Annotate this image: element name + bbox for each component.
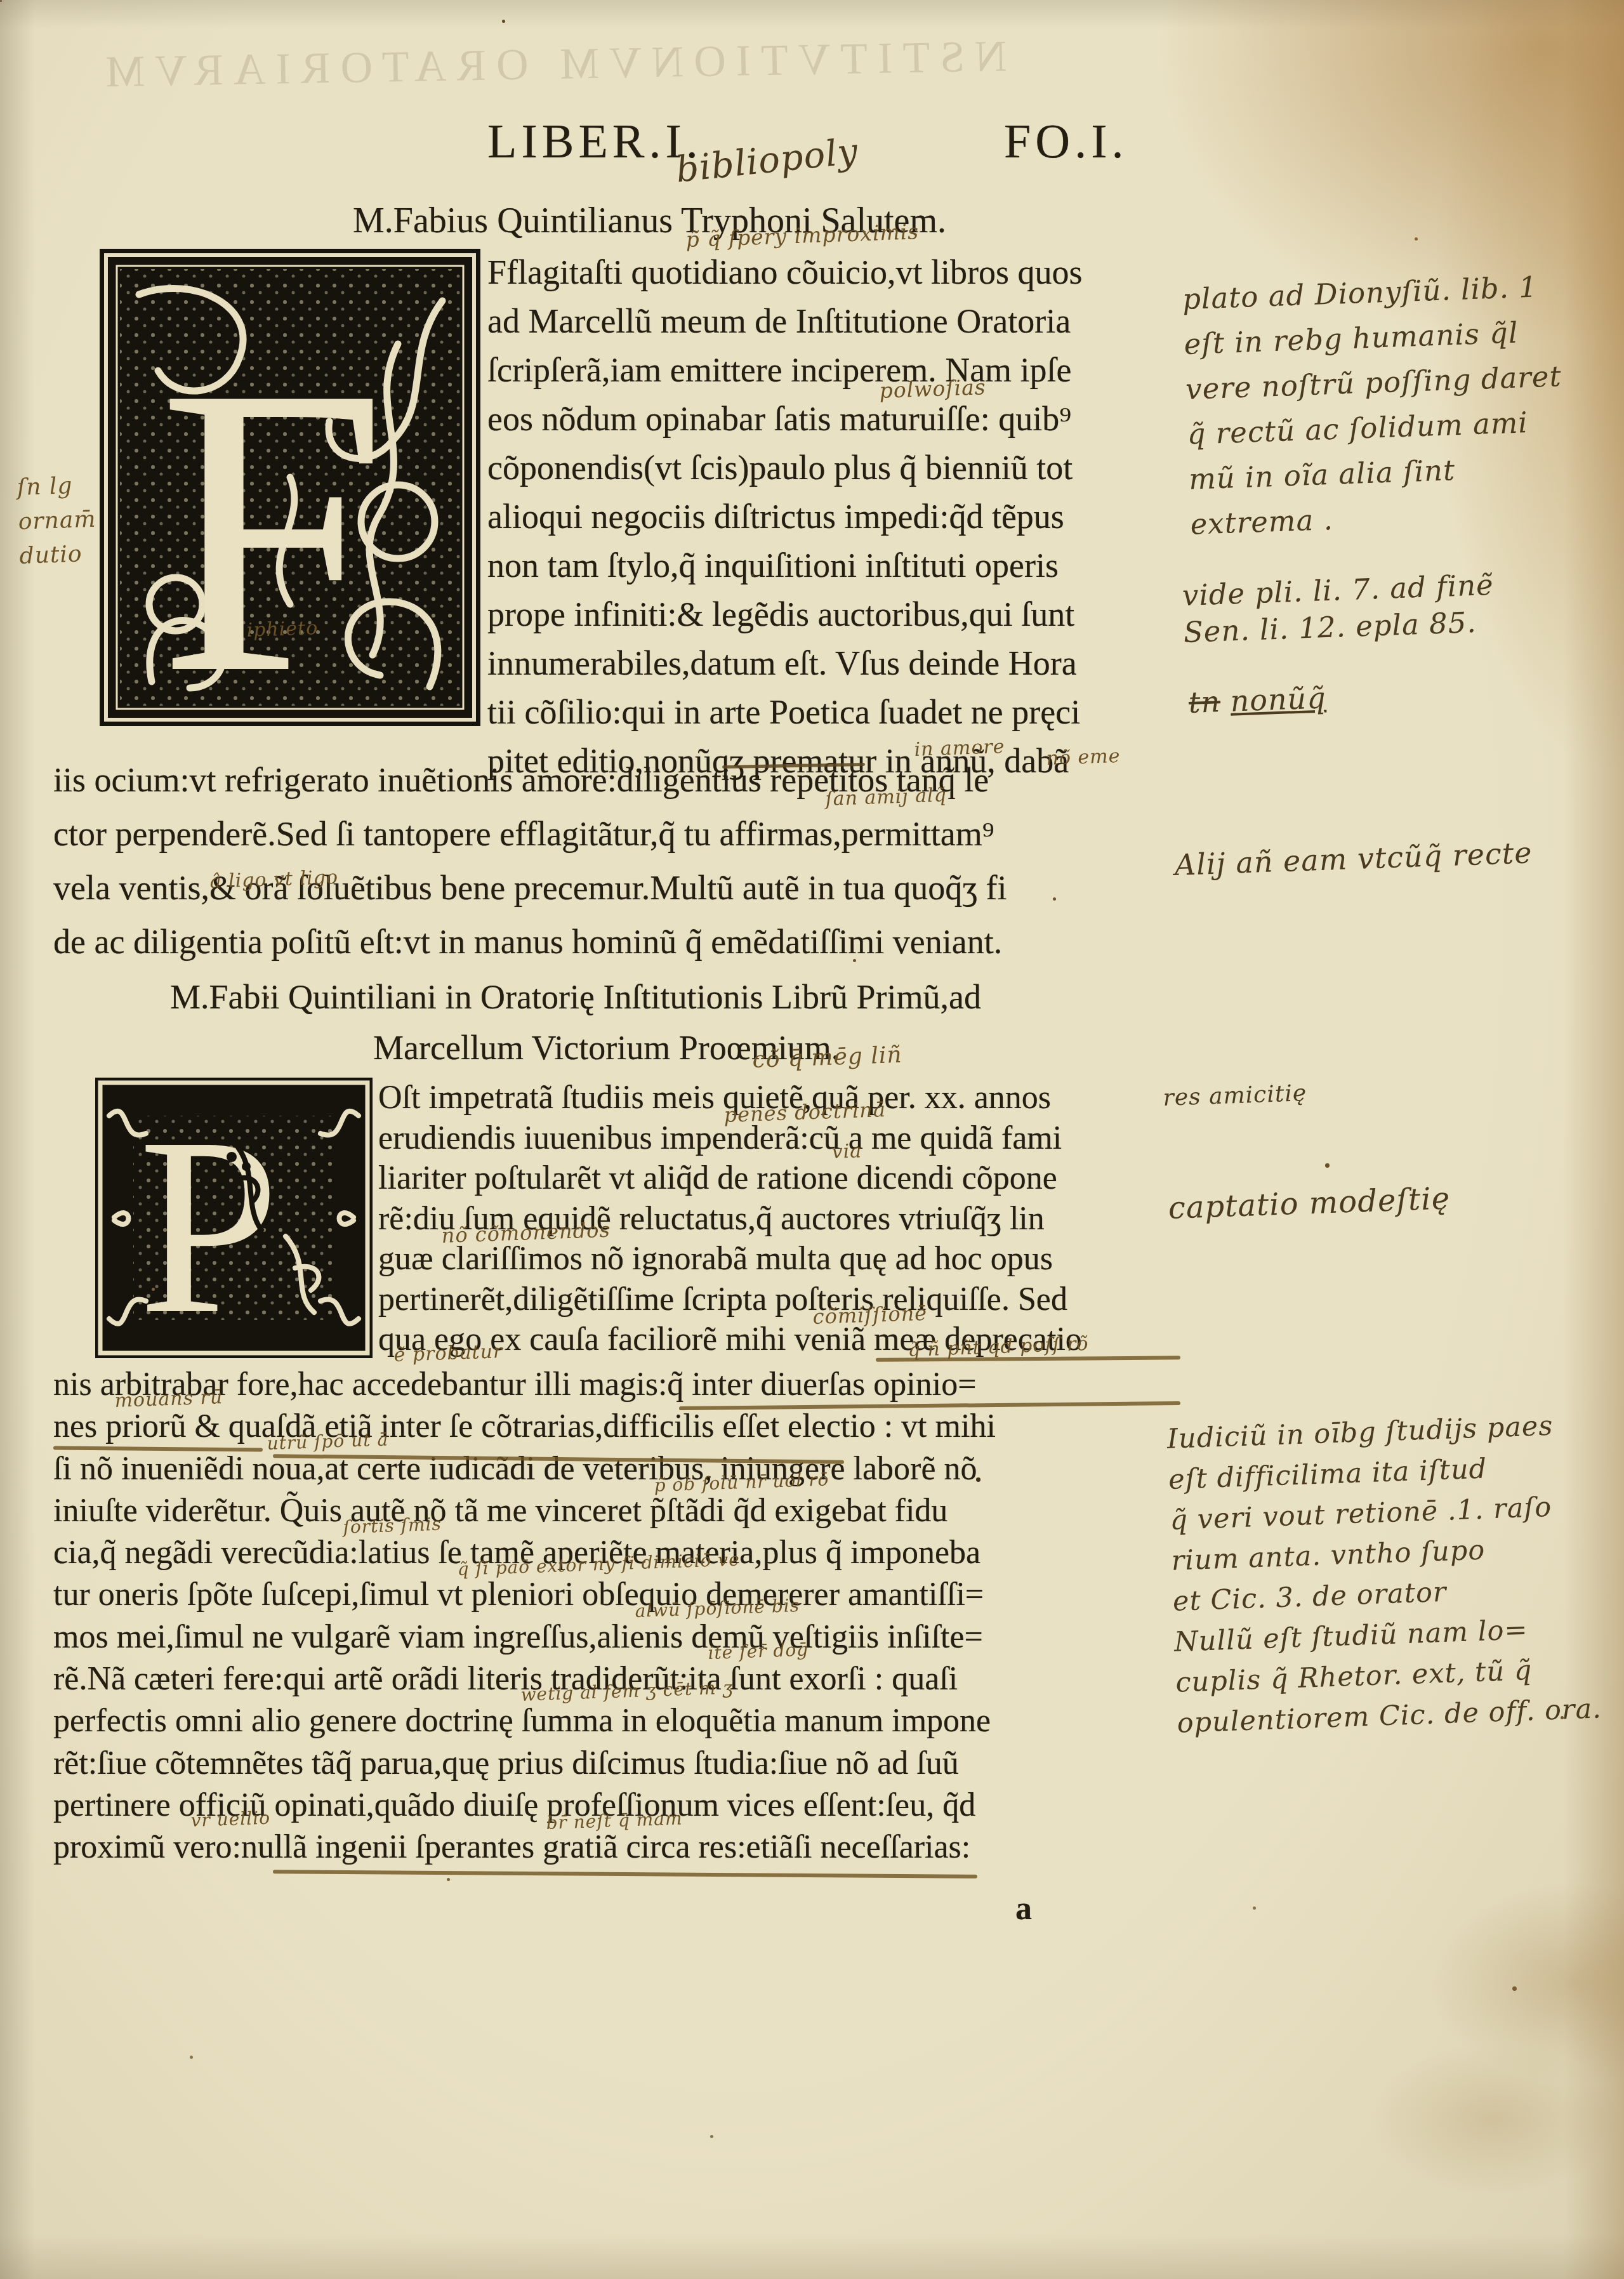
- showthrough-text: NSTITVTIONVM ORATORIARVM: [95, 31, 1007, 98]
- woodcut-initial-P: P: [95, 1078, 373, 1358]
- interlinear-gloss: nõ eme: [1046, 745, 1121, 770]
- margin-note-fragment: res amicitię: [1163, 1080, 1307, 1111]
- interlinear-gloss: mouans rū: [114, 1386, 223, 1412]
- margin-note-left: ſn lg ornam̄ dutio: [17, 468, 98, 574]
- interlinear-gloss: ite ſer̄ doḡ: [708, 1639, 809, 1663]
- margin-note-plato: plato ad Dionyſiũ. lib. 1 eſt in rebg hu…: [1182, 263, 1567, 546]
- text-line: pertinerẽt,diligẽtiſſime ſcripta poſteri…: [378, 1281, 1082, 1321]
- text-line: vela ventis,& orã ſoluẽtibus bene precem…: [53, 868, 1007, 922]
- interlinear-gloss: â ligo vt ligo: [209, 866, 339, 893]
- running-title: LIBER.I.: [487, 114, 703, 169]
- interlinear-gloss: cõmiſſionē: [812, 1301, 928, 1329]
- margin-note-alij: Alij añ eam vtcũq̃ recte: [1174, 835, 1533, 882]
- text-line: proximũ vero:nullã ingenii ſperantes gra…: [53, 1828, 996, 1870]
- interlinear-gloss: via: [831, 1140, 862, 1163]
- margin-note-iudicium: Iudiciũ in oībg ſtudijs paes eſt diffici…: [1166, 1404, 1602, 1744]
- text-line: prope infiniti:& legẽdis auctoribus,qui …: [487, 595, 1082, 644]
- signature-mark: a: [1015, 1890, 1032, 1927]
- interlinear-gloss: ſortis ſmis: [343, 1514, 442, 1538]
- text-line: nes priorũ & quaſdã etiã inter ſe cõtrar…: [53, 1408, 996, 1450]
- text-line: ſcripſerã,iam emittere inciperem. Nam ip…: [487, 350, 1082, 399]
- interlinear-gloss: polwoſias: [879, 374, 986, 403]
- svg-text:F: F: [158, 301, 388, 726]
- interlinear-gloss: ẽ probatur: [393, 1340, 503, 1366]
- text-line: tur oneris ſpõte ſuſcepi,ſimul vt plenio…: [53, 1576, 996, 1618]
- text-line: ad Marcellũ meum de Inſtitutione Oratori…: [487, 301, 1082, 350]
- interlinear-gloss: in amore: [914, 736, 1005, 761]
- text-line: mos mei,ſimul ne vulgarẽ viam ingreſſus,…: [53, 1618, 996, 1660]
- paragraph-2-full: nis arbitrabar fore,hac accedebantur ill…: [53, 1366, 996, 1871]
- interlinear-gloss: utrũ ſpō ut ā: [267, 1429, 389, 1454]
- folio-number: FO.I.: [1004, 114, 1128, 169]
- margin-note-nonunq: tn nonũq̃: [1188, 680, 1327, 720]
- margin-note-vide: vide pli. li. 7. ad finẽ Sen. li. 12. ep…: [1182, 567, 1496, 651]
- margin-note-captatio: captatio modeſtię: [1168, 1180, 1451, 1225]
- text-line: eos nõdum opinabar ſatis maturuiſſe: qui…: [487, 399, 1082, 448]
- book-page: NSTITVTIONVM ORATORIARVM LIBER.I. FO.I. …: [0, 0, 1624, 2279]
- interlinear-gloss: ſan amij alq̃: [825, 784, 947, 810]
- text-line: alioqui negociis diſtrictus impedi:q̃d t…: [487, 497, 1082, 546]
- text-line: cõponendis(vt ſcis)paulo plus q̃ bienniũ…: [487, 448, 1082, 497]
- text-line: non tam ſtylo,q̃ inquiſitioni inſtituti …: [487, 546, 1082, 595]
- text-line: rẽt:ſiue cõtemnẽtes tãq̃ parua,quę prius…: [53, 1745, 996, 1787]
- text-line: Fflagitaſti quotidiano cõuicio,vt libros…: [487, 253, 1082, 301]
- text-line: tii cõſilio:qui in arte Poetica ſuadet n…: [487, 692, 1082, 741]
- section-heading-line1: M.Fabii Quintiliani in Oratorię Inſtitut…: [170, 977, 981, 1017]
- text-line: innumerabiles,datum eſt. Vſus deinde Hor…: [487, 644, 1082, 692]
- paragraph-1-indented: Fflagitaſti quotidiano cõuicio,vt libros…: [487, 253, 1082, 790]
- text-line: ctor perpenderẽ.Sed ſi tantopere efflagi…: [53, 814, 1007, 868]
- paper-speckles: [0, 0, 2, 2]
- text-line: de ac diligentia poſitũ eſt:vt in manus …: [53, 922, 1007, 976]
- woodcut-initial-F: F: [100, 249, 480, 726]
- text-line: perfectis omni alio genere doctrinę ſumm…: [53, 1702, 996, 1744]
- interlinear-gloss: cõ q̄ mēg liñ: [752, 1042, 902, 1073]
- interlinear-gloss: iphieto: [246, 617, 319, 642]
- text-line: liariter poſtularẽt vt aliq̃d de ratione…: [378, 1159, 1082, 1200]
- interlinear-gloss: vr uellio: [190, 1807, 271, 1831]
- ink-underline: [273, 1870, 977, 1879]
- text-line: iniuſte viderẽtur. Q̃uis autẽ nõ tã me v…: [53, 1492, 996, 1534]
